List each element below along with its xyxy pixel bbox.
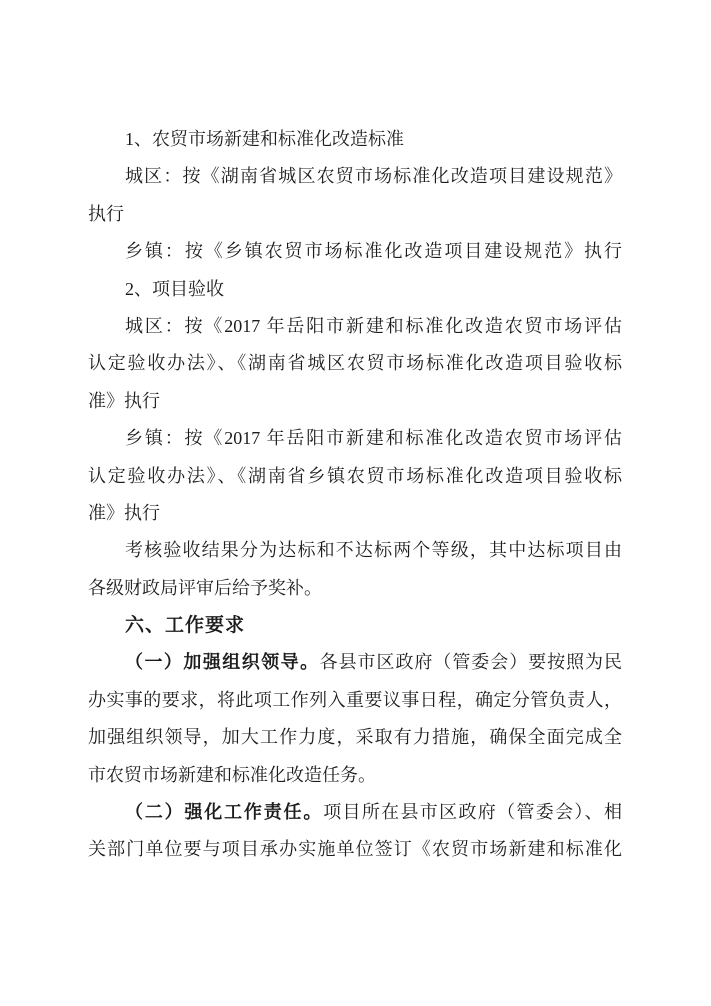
line-text: 加强组织领导，加大工作力度，采取有力措施，确保全面完成全 (88, 727, 622, 747)
line-text: 准》执行 (88, 391, 160, 411)
document-line: 办实事的要求，将此项工作列入重要议事日程，确定分管负责人， (88, 682, 622, 719)
document-page: 1、农贸市场新建和标准化改造标准 城区：按《湖南省城区农贸市场标准化改造项目建设… (0, 0, 711, 1006)
document-line: 乡镇：按《乡镇农贸市场标准化改造项目建设规范》执行 (88, 233, 622, 270)
document-line: 考核验收结果分为达标和不达标两个等级，其中达标项目由 (88, 532, 622, 569)
document-line: （二）强化工作责任。项目所在县市区政府（管委会）、相 (88, 794, 622, 831)
document-line: 认定验收办法》、《湖南省乡镇农贸市场标准化改造项目验收标 (88, 458, 622, 495)
document-line: 市农贸市场新建和标准化改造任务。 (88, 757, 622, 794)
line-text: 六、工作要求 (125, 615, 245, 636)
document-line: （一）加强组织领导。各县市区政府（管委会）要按照为民 (88, 644, 622, 681)
line-text: 项目所在县市区政府（管委会）、相 (323, 802, 622, 822)
document-line: 加强组织领导，加大工作力度，采取有力措施，确保全面完成全 (88, 719, 622, 756)
document-line: 执行 (88, 196, 622, 233)
line-text: 办实事的要求，将此项工作列入重要议事日程，确定分管负责人， (88, 690, 622, 710)
line-text: 关部门单位要与项目承办实施单位签订《农贸市场新建和标准化 (88, 839, 622, 859)
document-line: 城区：按《湖南省城区农贸市场标准化改造项目建设规范》 (88, 158, 622, 195)
document-line: 认定验收办法》、《湖南省城区农贸市场标准化改造项目验收标 (88, 345, 622, 382)
line-text: 市农贸市场新建和标准化改造任务。 (88, 765, 376, 785)
line-text: 各级财政局评审后给予奖补。 (88, 578, 322, 598)
line-text: 执行 (88, 204, 124, 224)
line-text: 乡镇：按《乡镇农贸市场标准化改造项目建设规范》执行 (125, 241, 622, 261)
line-text-bold: （一）加强组织领导。 (125, 652, 320, 672)
line-text: 各县市区政府（管委会）要按照为民 (320, 652, 622, 672)
line-text: 认定验收办法》、《湖南省乡镇农贸市场标准化改造项目验收标 (88, 466, 622, 486)
document-line: 各级财政局评审后给予奖补。 (88, 570, 622, 607)
line-text: 2、项目验收 (125, 279, 224, 299)
line-text: 1、农贸市场新建和标准化改造标准 (125, 129, 404, 149)
document-line: 1、农贸市场新建和标准化改造标准 (88, 121, 622, 158)
document-line: 关部门单位要与项目承办实施单位签订《农贸市场新建和标准化 (88, 831, 622, 868)
document-line: 准》执行 (88, 383, 622, 420)
line-text-bold: （二）强化工作责任。 (125, 802, 323, 822)
document-line: 乡镇：按《2017 年岳阳市新建和标准化改造农贸市场评估 (88, 420, 622, 457)
document-line: 2、项目验收 (88, 271, 622, 308)
line-text: 城区：按《2017 年岳阳市新建和标准化改造农贸市场评估 (125, 316, 622, 336)
document-line: 城区：按《2017 年岳阳市新建和标准化改造农贸市场评估 (88, 308, 622, 345)
line-text: 准》执行 (88, 503, 160, 523)
line-text: 考核验收结果分为达标和不达标两个等级，其中达标项目由 (125, 540, 622, 560)
line-text: 乡镇：按《2017 年岳阳市新建和标准化改造农贸市场评估 (125, 428, 622, 448)
line-text: 认定验收办法》、《湖南省城区农贸市场标准化改造项目验收标 (88, 353, 622, 373)
document-line: 准》执行 (88, 495, 622, 532)
section-heading: 六、工作要求 (88, 607, 622, 644)
line-text: 城区：按《湖南省城区农贸市场标准化改造项目建设规范》 (125, 166, 622, 186)
